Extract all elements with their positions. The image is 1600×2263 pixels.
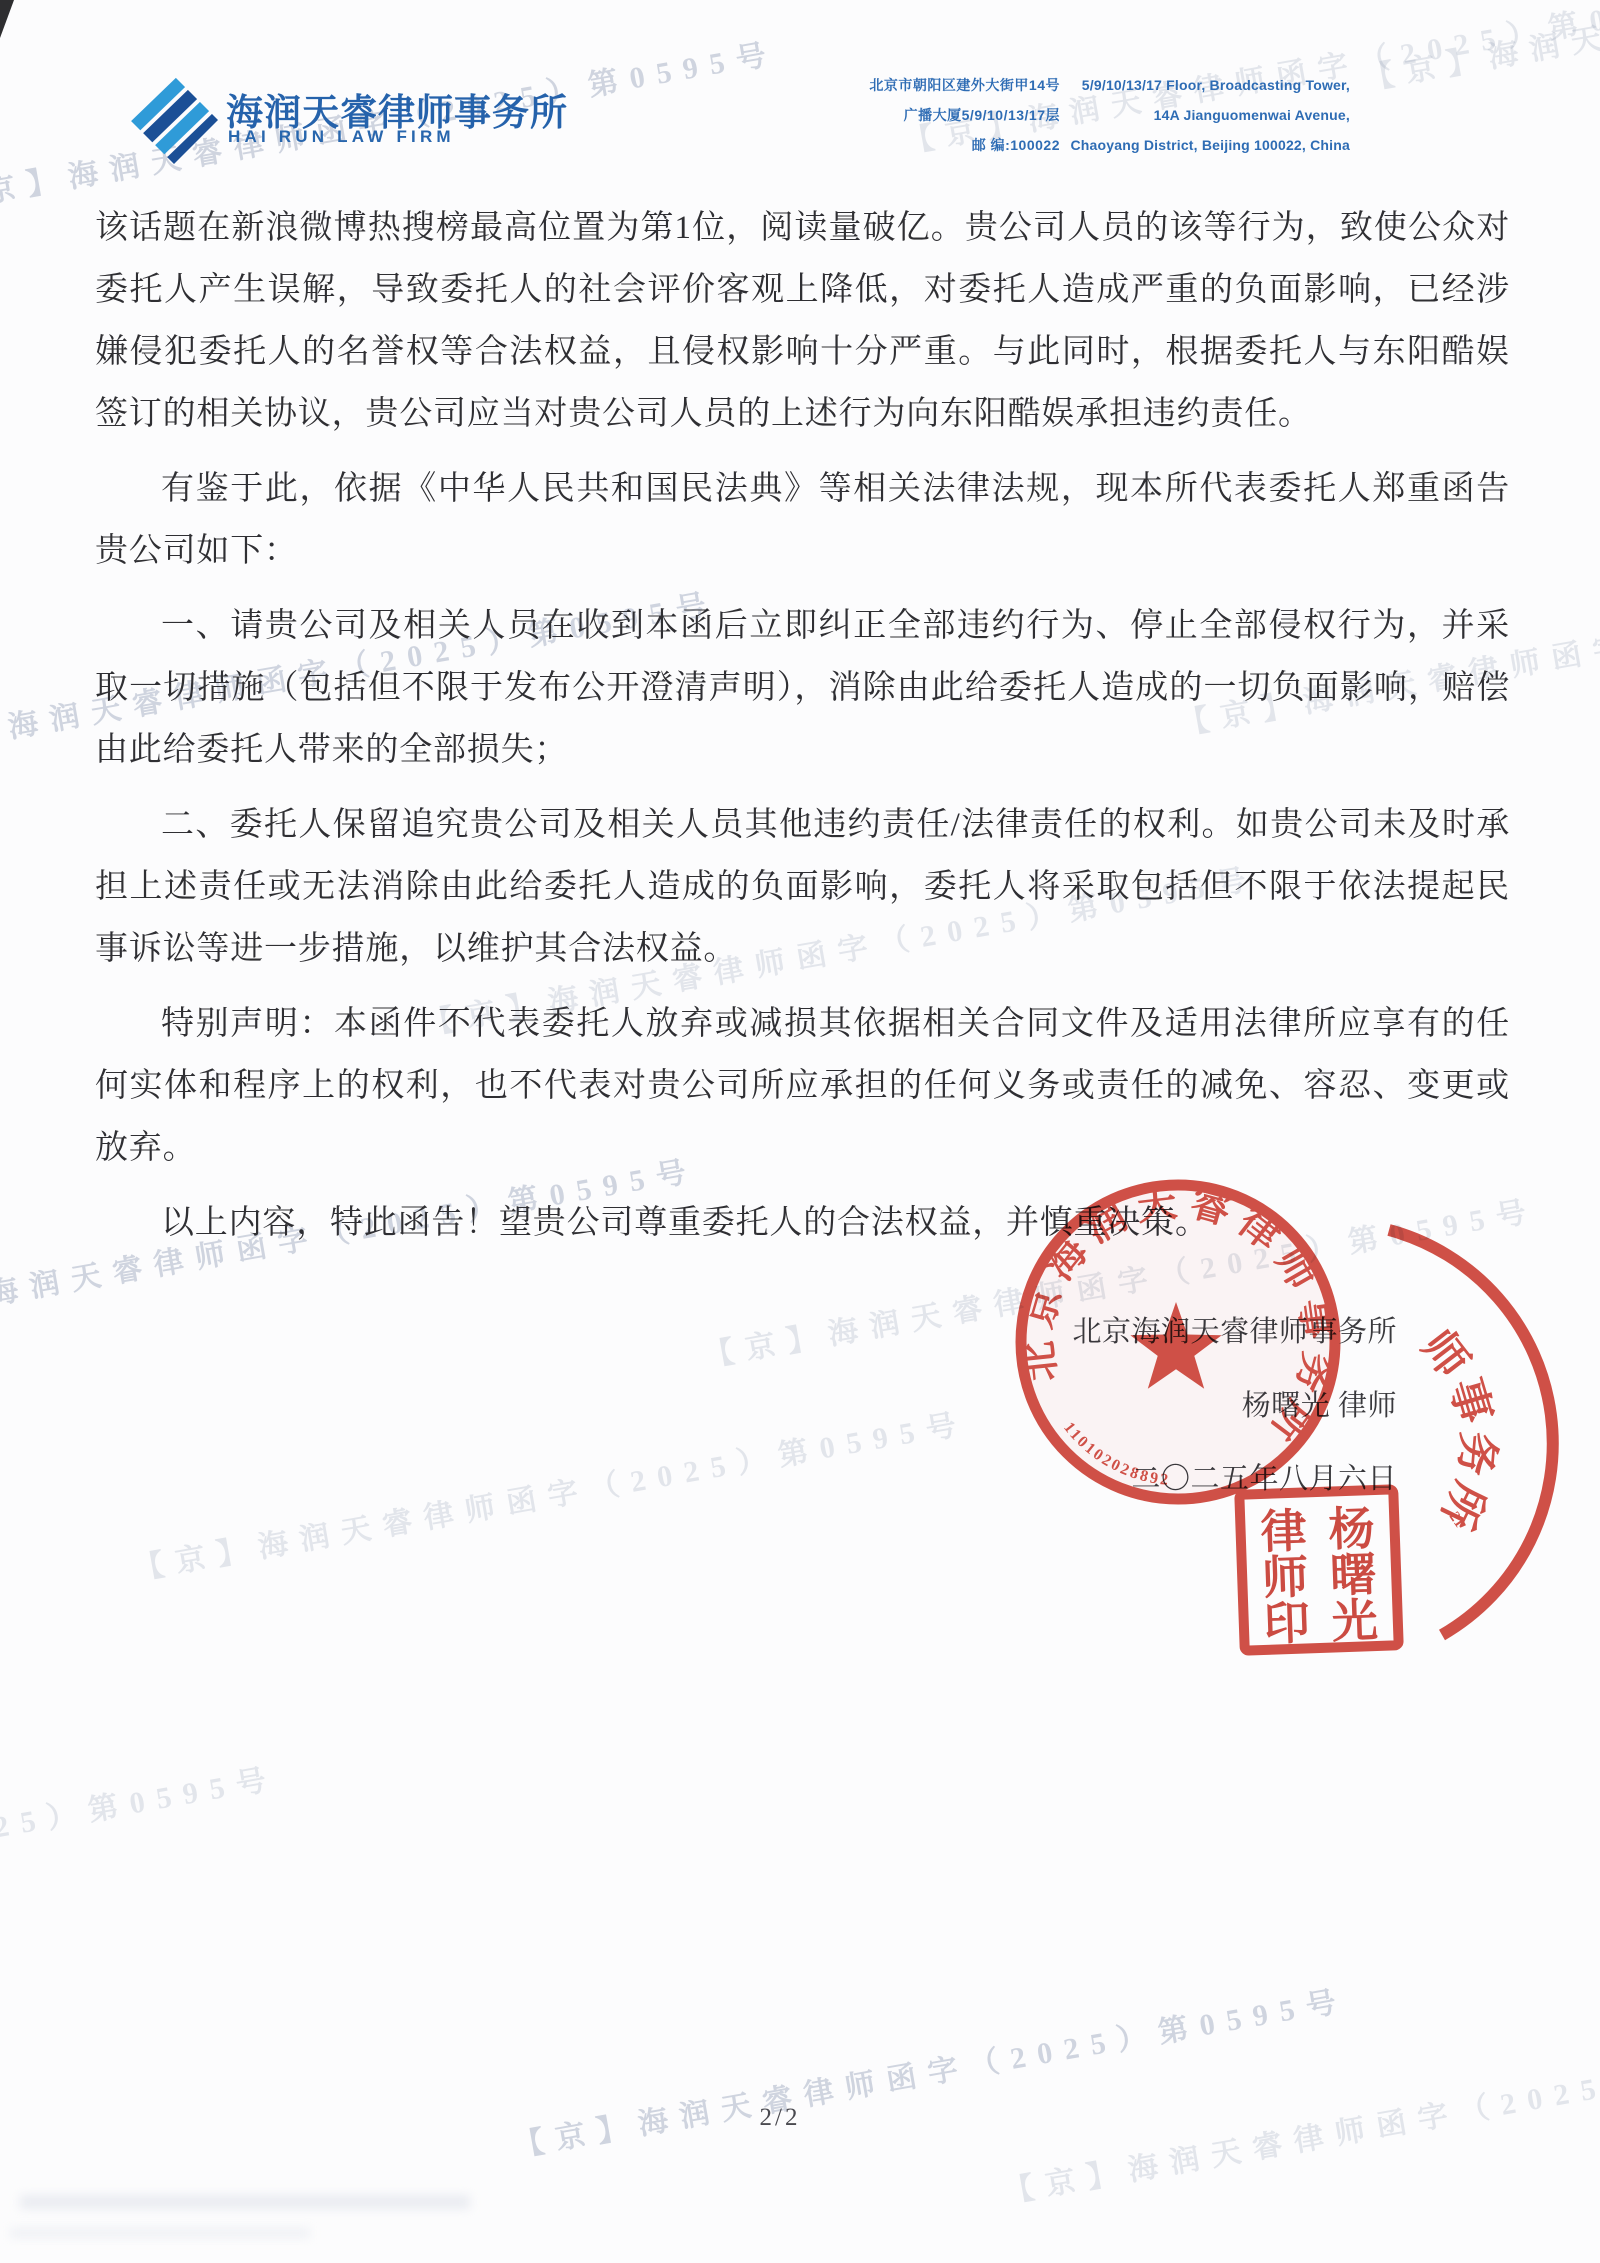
scanned-letter-page: 【京】海润天睿律师函字（2025）第0595号 【京】海润天睿律师函字（2025…	[0, 0, 1600, 2263]
scan-corner-artifact	[0, 0, 16, 40]
address-line: 广播大厦5/9/10/13/17层	[869, 100, 1060, 130]
watermark-text: 【京】海润天睿律师函字（2025）第0595号	[510, 1975, 1351, 2165]
paragraph: 以上内容，特此函告！望贵公司尊重委托人的合法权益，并慎重决策。	[95, 1192, 1510, 1254]
address-line: 北京市朝阳区建外大街甲14号	[869, 70, 1060, 100]
firm-address-chinese: 北京市朝阳区建外大街甲14号 广播大厦5/9/10/13/17层 邮 编:100…	[869, 70, 1060, 160]
partial-seal-impression: 师事务所 21	[1389, 1230, 1553, 1635]
address-line: Chaoyang District, Beijing 100022, China	[1070, 130, 1350, 160]
paragraph: 特别声明：本函件不代表委托人放弃或减损其依据相关合同文件及适用法律所应享有的任何…	[95, 993, 1510, 1179]
firm-name-english: HAI RUN LAW FIRM	[228, 127, 455, 147]
signature-lawyer-name: 杨曙光 律师	[1072, 1370, 1397, 1444]
signature-date: 二〇二五年八月六日	[1072, 1443, 1397, 1517]
svg-text:师事务所: 师事务所	[1412, 1322, 1502, 1540]
address-line: 邮 编:100022	[869, 130, 1060, 160]
watermark-text: 【京】海润天睿律师函字（2025）第0595号	[1360, 0, 1600, 98]
paragraph: 该话题在新浪微博热搜榜最高位置为第1位，阅读量破亿。贵公司人员的该等行为，致使公…	[95, 197, 1510, 445]
letter-body: 该话题在新浪微博热搜榜最高位置为第1位，阅读量破亿。贵公司人员的该等行为，致使公…	[95, 197, 1510, 1267]
address-line: 5/9/10/13/17 Floor, Broadcasting Tower,	[1070, 70, 1350, 100]
page-number: 2/2	[700, 2104, 860, 2132]
signature-firm-name: 北京海润天睿律师事务所	[1072, 1296, 1397, 1370]
square-seal-char: 曙	[1329, 1549, 1377, 1602]
firm-address-english: 5/9/10/13/17 Floor, Broadcasting Tower, …	[1070, 70, 1350, 160]
partial-seal-number: 21	[1446, 1509, 1468, 1530]
paragraph: 一、请贵公司及相关人员在收到本函后立即纠正全部违约行为、停止全部侵权行为，并采取…	[95, 595, 1510, 781]
address-line: 14A Jianguomenwai Avenue,	[1070, 100, 1350, 130]
paragraph: 有鉴于此，依据《中华人民共和国民法典》等相关法律法规，现本所代表委托人郑重函告贵…	[95, 458, 1510, 582]
partial-seal-ring-text: 师事务所	[1412, 1322, 1502, 1540]
paragraph: 二、委托人保留追究贵公司及相关人员其他违约责任/法律责任的权利。如贵公司未及时承…	[95, 794, 1510, 980]
scan-smudge	[10, 2228, 310, 2238]
firm-logo-icon	[128, 74, 220, 166]
square-seal-char: 光	[1331, 1595, 1379, 1648]
square-seal-char: 师	[1261, 1551, 1309, 1604]
scan-smudge	[20, 2195, 470, 2209]
watermark-text: 【京】海润天睿律师函字（2025）第0595号	[130, 1398, 971, 1588]
watermark-text: 【京】海润天睿律师函字（2025）第0595号	[0, 1753, 281, 1943]
watermark-text: 【京】海润天睿律师函字（2025）第0595号	[1000, 2021, 1600, 2211]
square-seal-char: 印	[1263, 1597, 1311, 1650]
signature-block: 北京海润天睿律师事务所 杨曙光 律师 二〇二五年八月六日	[1072, 1296, 1397, 1517]
